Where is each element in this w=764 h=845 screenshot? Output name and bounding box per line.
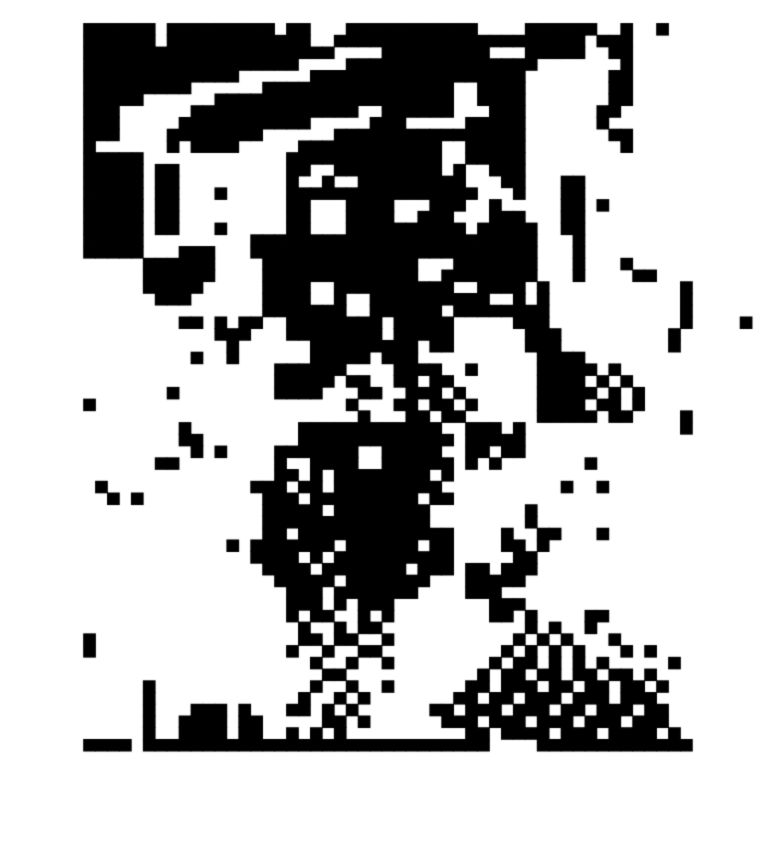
photo-bitmap-canvas: [0, 0, 764, 845]
binarized-photo: [0, 0, 764, 845]
